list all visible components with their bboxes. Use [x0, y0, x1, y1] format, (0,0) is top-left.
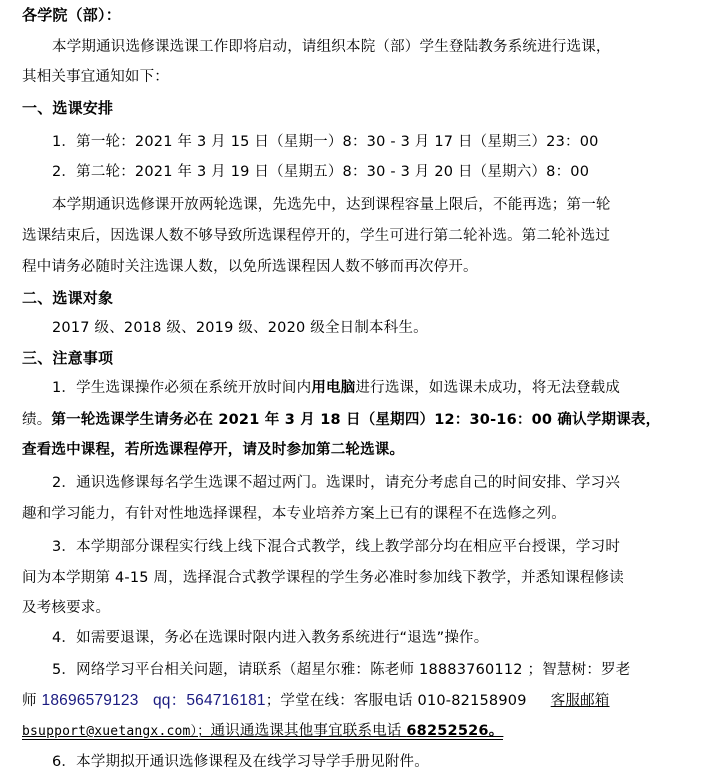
item-1-line-3: 查看选中课程，若所选课程停开，请及时参加第二轮选课。 [22, 435, 696, 466]
item-3-line-1: 3．本学期部分课程实行线上线下混合式教学，线上教学部分均在相应平台授课，学习时 [52, 532, 696, 563]
round-2: 2．第二轮：2021 年 3 月 19 日（星期五）8：30 - 3 月 20 … [52, 157, 696, 188]
item-5-line-3: bsupport@xuetangx.com）；通识通选课其他事宜联系电话 682… [22, 716, 696, 747]
xuetangx-phone: ；学堂在线：客服电话 010-82158909 [266, 693, 527, 709]
intro-line-2: 其相关事宜通知如下： [22, 62, 696, 93]
section-1-title: 一、选课安排 [22, 93, 696, 124]
support-email-address[interactable]: bsupport@xuetangx.com）； [22, 724, 210, 739]
notice-document: 各学院（部）： 本学期通识选修课选课工作即将启动，请组织本院（部）学生登陆教务系… [0, 0, 706, 782]
item-2-line-1: 2．通识选修课每名学生选课不超过两门。选课时，请充分考虑自己的时间安排、学习兴 [52, 468, 696, 499]
section-3-title: 三、注意事项 [22, 343, 696, 374]
qq-number: 564716181 [186, 692, 265, 709]
intro-line-1: 本学期通识选修课选课工作即将启动，请组织本院（部）学生登陆教务系统进行选课， [52, 32, 696, 63]
section-2-text: 2017 级、2018 级、2019 级、2020 级全日制本科生。 [52, 313, 696, 344]
item-5-teacher-suffix: 师 [22, 693, 42, 709]
item-5-line-1: 5．网络学习平台相关问题，请联系（超星尔雅：陈老师 18883760112 ；智… [52, 655, 696, 686]
general-contact-phone: 68252526。 [406, 723, 503, 739]
section-1-para-line-3: 程中请务必随时关注选课人数，以免所选课程因人数不够而再次停开。 [22, 252, 696, 283]
item-6-line-1: 6．本学期拟开通识选修课程及在线学习导学手册见附件。 [52, 747, 696, 778]
item-1-emphasis: 用电脑 [311, 380, 355, 396]
item-4-line-1: 4．如需要退课，务必在选课时限内进入教务系统进行“退选”操作。 [52, 623, 696, 654]
item-3-line-3: 及考核要求。 [22, 593, 696, 624]
item-1-text-cont: 绩。 [22, 412, 51, 428]
item-1-line-1: 1．学生选课操作必须在系统开放时间内用电脑进行选课，如选课未成功，将无法登载成 [52, 373, 696, 404]
item-1-line-2: 绩。第一轮选课学生请务必在 2021 年 3 月 18 日（星期四）12：30-… [22, 405, 696, 436]
qq-label: qq： [153, 692, 186, 709]
item-5-underlined-block: bsupport@xuetangx.com）；通识通选课其他事宜联系电话 682… [22, 723, 503, 740]
item-5-line-2: 师 18696579123 qq：564716181；学堂在线：客服电话 010… [22, 685, 696, 716]
item-1-bold-notice: 第一轮选课学生请务必在 2021 年 3 月 18 日（星期四）12：30-16… [51, 412, 660, 428]
general-contact-text: 通识通选课其他事宜联系电话 [210, 723, 406, 739]
item-1-text-rest: 进行选课，如选课未成功，将无法登载成 [355, 380, 620, 396]
item-3-line-2: 间为本学期第 4-15 周，选择混合式教学课程的学生务必准时参加线下教学，并悉知… [22, 563, 696, 594]
section-2-title: 二、选课对象 [22, 283, 696, 314]
item-1-text: 1．学生选课操作必须在系统开放时间内 [52, 380, 311, 396]
section-1-para-line-1: 本学期通识选修课开放两轮选课，先选先中，达到课程容量上限后，不能再选；第一轮 [52, 190, 696, 221]
support-email-link[interactable]: 客服邮箱 [551, 693, 610, 709]
zhihuishu-phone: 18696579123 [42, 692, 139, 709]
section-1-para-line-2: 选课结束后，因选课人数不够导致所选课程停开的，学生可进行第二轮补选。第二轮补选过 [22, 221, 696, 252]
item-2-line-2: 趣和学习能力，有针对性地选择课程，本专业培养方案上已有的课程不在选修之列。 [22, 499, 696, 530]
salutation: 各学院（部）： [22, 0, 696, 31]
round-1: 1．第一轮：2021 年 3 月 15 日（星期一）8：30 - 3 月 17 … [52, 127, 696, 158]
